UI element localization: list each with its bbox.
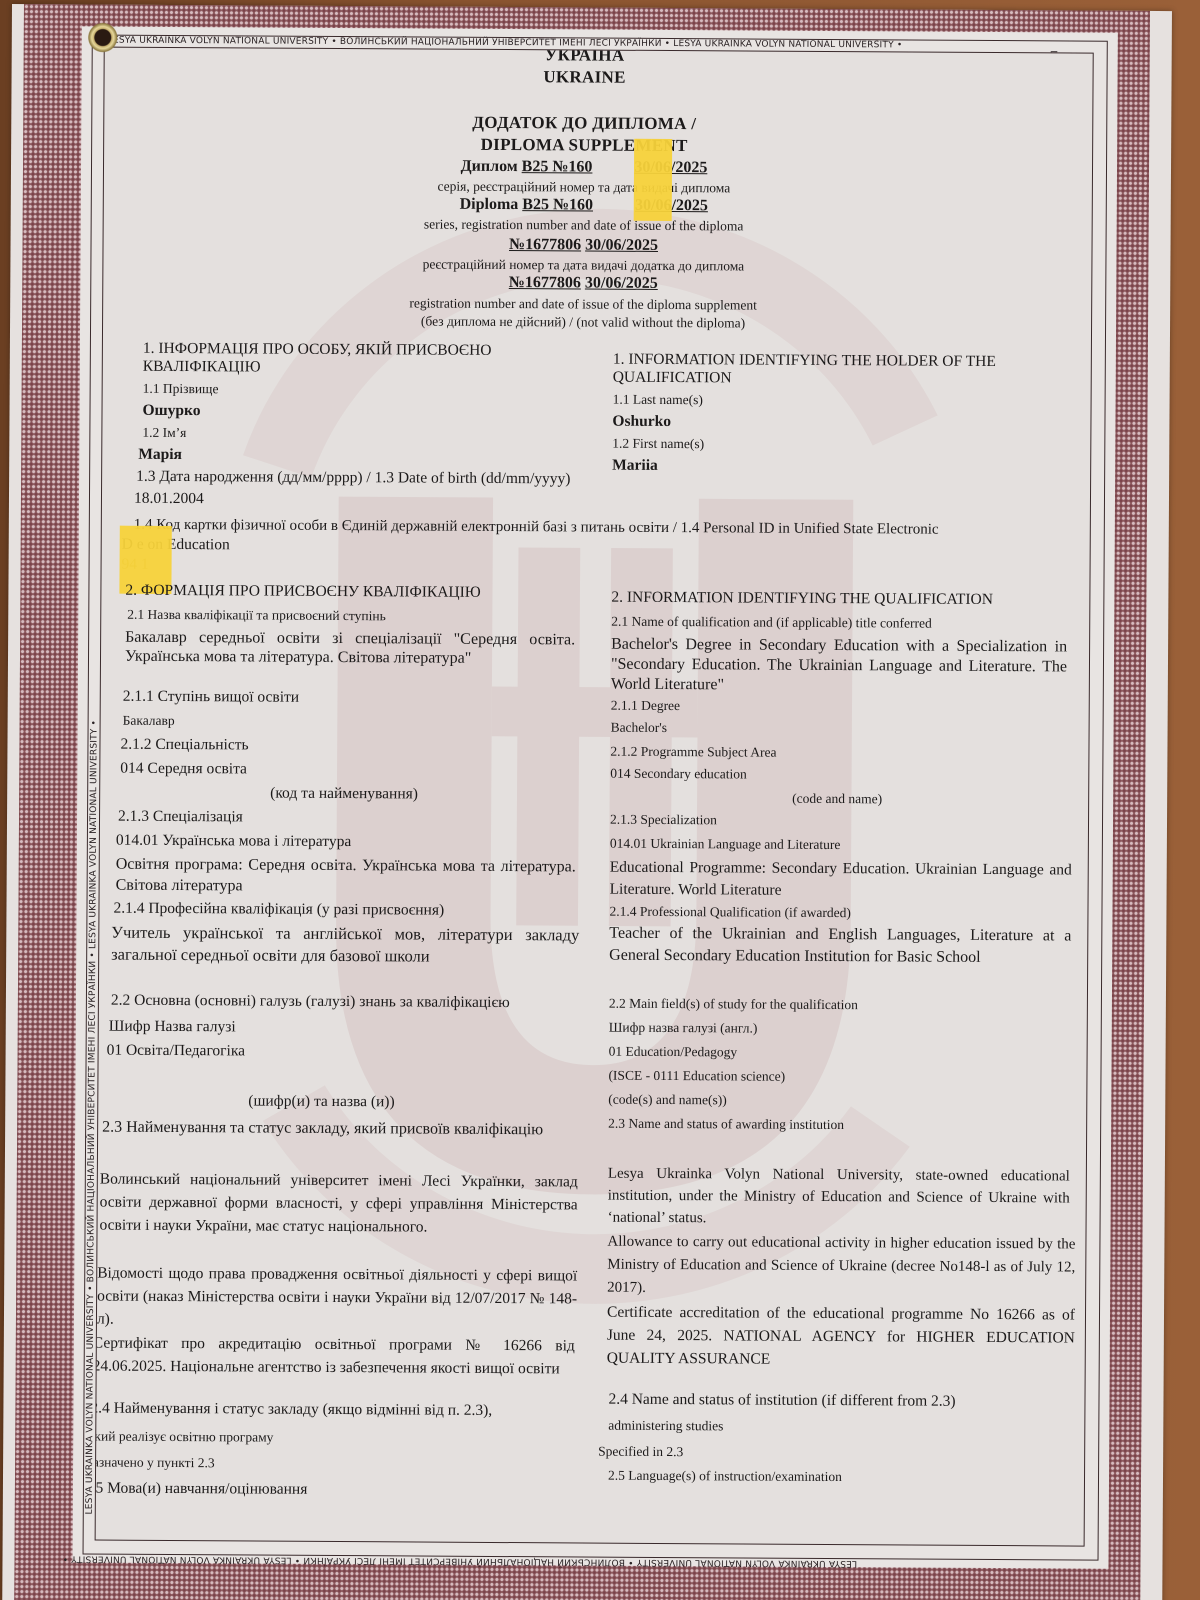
ua-q24-label-1: 2.4 Найменування і статус закладу (якщо … <box>95 1400 493 1420</box>
en-q22-label: 2.2 Main field(s) of study for the quali… <box>609 995 858 1015</box>
ua-q22-caption: (шифр(и) та назва (и)) <box>248 1092 394 1111</box>
section1-heading-ua-2: КВАЛІФІКАЦІЮ <box>143 358 261 377</box>
en-program: Educational Programme: Secondary Educati… <box>610 857 1072 904</box>
ua-q211-label: 2.1.1 Ступінь вищої освіти <box>123 688 299 707</box>
first-name-label-en: 1.2 First name(s) <box>612 435 704 454</box>
diploma-en-label: Diploma <box>460 196 519 213</box>
diploma-number: B25 №160 <box>522 158 593 175</box>
en-q24-label-1: 2.4 Name and status of institution (if d… <box>608 1391 955 1411</box>
ua-q24-value: Зазначено у пункті 2.3 <box>95 1453 215 1472</box>
en-q22-isced: (ISCE - 0111 Education science) <box>608 1067 785 1086</box>
en-q21-value: Bachelor's Degree in Secondary Education… <box>611 635 1067 698</box>
title-ua: ДОДАТОК ДО ДИПЛОМА / <box>104 112 1064 136</box>
en-q211-value: Bachelor's <box>611 719 668 737</box>
section1-heading-en-1: 1. INFORMATION IDENTIFYING THE HOLDER OF… <box>613 351 996 371</box>
ua-q22-label: 2.2 Основна (основні) галузь (галузі) зн… <box>111 992 510 1012</box>
ua-q213-value: 014.01 Українська мова і література <box>116 832 351 851</box>
ua-q22-sub: Шифр Назва галузі <box>109 1018 236 1037</box>
en-q22-caption: (code(s) and name(s)) <box>608 1091 727 1110</box>
en-q23-label: 2.3 Name and status of awarding institut… <box>608 1115 844 1134</box>
last-name-ua: Ошурко <box>142 402 200 420</box>
en-accreditation: Certificate accreditation of the educati… <box>607 1301 1075 1373</box>
en-q214-value: Teacher of the Ukrainian and English Lan… <box>609 923 1071 970</box>
grommet-eyelet-icon <box>88 22 118 52</box>
document-content: УКРАЇНА UKRAINE ДОДАТОК ДО ДИПЛОМА / DIP… <box>96 48 1093 1546</box>
first-name-ua: Марія <box>138 446 182 464</box>
ua-q214-value: Учитель української та англійської мов, … <box>111 922 579 969</box>
dob-label: 1.3 Дата народження (дд/мм/рррр) / 1.3 D… <box>136 468 570 489</box>
section1-heading-en-2: QUALIFICATION <box>613 369 732 388</box>
ua-q212-caption: (код та найменування) <box>270 785 418 804</box>
diploma-supplement-page: LESYA UKRAINKA VOLYN NATIONAL UNIVERSITY… <box>2 4 1172 1600</box>
supplement-number: №1677806 <box>509 236 581 253</box>
ua-q212-label: 2.1.2 Спеціальність <box>120 736 248 755</box>
ua-q212-value: 014 Середня освіта <box>120 760 247 779</box>
en-q25-label: 2.5 Language(s) of instruction/examinati… <box>608 1467 842 1486</box>
supplement-date: 30/06/2025 <box>585 237 658 254</box>
ua-q23-value: Волинський національний університет імен… <box>99 1168 577 1240</box>
personal-id-label: 1.4 Код картки фізичної особи в Єдиній д… <box>134 516 939 539</box>
en-q22-value: 01 Education/Pedagogy <box>609 1043 738 1062</box>
first-name-en: Mariia <box>612 457 658 475</box>
dob-value: 18.01.2004 <box>134 490 204 508</box>
en-q24-label-2: administering studies <box>608 1417 723 1436</box>
diploma-ua-label: Диплом <box>461 158 518 175</box>
en-q214-label: 2.1.4 Professional Qualification (if awa… <box>609 903 851 922</box>
en-q212-caption: (code and name) <box>792 790 882 809</box>
en-q213-label: 2.1.3 Specialization <box>610 811 717 830</box>
diploma-number-en: B25 №160 <box>522 196 593 213</box>
en-q211-label: 2.1.1 Degree <box>611 697 680 715</box>
ua-q22-value: 01 Освіта/Педагогіка <box>107 1042 246 1061</box>
last-name-en: Oshurko <box>612 413 671 431</box>
ua-q211-value: Бакалавр <box>123 712 175 730</box>
last-name-label-ua: 1.1 Прізвище <box>143 380 219 398</box>
first-name-label-ua: 1.2 Ім’я <box>142 424 186 442</box>
section2-heading-ua: 2. ФОРМАЦІЯ ПРО ПРИСВОЄНУ КВАЛІФІКАЦІЮ <box>125 582 480 602</box>
supplement-number-en: №1677806 <box>509 274 581 291</box>
ua-q25-label: 2.5 Мова(и) навчання/оцінювання <box>95 1479 308 1498</box>
last-name-label-en: 1.1 Last name(s) <box>613 391 703 410</box>
en-q21-label: 2.1 Name of qualification and (if applic… <box>611 613 932 633</box>
ua-q214-label: 2.1.4 Професійна кваліфікація (у разі пр… <box>113 900 444 920</box>
section2-heading-en: 2. INFORMATION IDENTIFYING THE QUALIFICA… <box>611 589 993 609</box>
redaction-mark-diploma <box>634 139 673 221</box>
en-q212-label: 2.1.2 Programme Subject Area <box>610 743 776 762</box>
en-q24-value: Specified in 2.3 <box>598 1443 683 1462</box>
document-body: УКРАЇНА UKRAINE ДОДАТОК ДО ДИПЛОМА / DIP… <box>95 47 1094 1547</box>
en-license: Allowance to carry out educational activ… <box>607 1231 1075 1303</box>
ua-program: Освітня програма: Середня освіта. Україн… <box>116 854 576 899</box>
ua-q21-label: 2.1 Назва кваліфікації та присвоєний сту… <box>127 606 386 626</box>
en-q212-value: 014 Secondary education <box>610 765 747 784</box>
title-en: DIPLOMA SUPPLEMENT <box>104 134 1064 158</box>
supplement-date-en: 30/06/2025 <box>585 275 658 292</box>
section1-heading-ua-1: 1. ІНФОРМАЦІЯ ПРО ОСОБУ, ЯКІЙ ПРИСВОЄНО <box>143 340 492 360</box>
ua-q24-label-2: який реалізує освітню програму <box>95 1427 274 1446</box>
en-q22-sub: Шифр назва галузі (англ.) <box>609 1019 758 1038</box>
country-en: UKRAINE <box>105 66 1065 90</box>
ua-license: Відомості щодо права провадження освітнь… <box>97 1262 577 1334</box>
ua-accreditation: Сертифікат про акредитацію освітньої про… <box>95 1332 575 1381</box>
ua-q21-value: Бакалавр середньої освіти зі спеціалізац… <box>125 628 575 669</box>
en-q213-value: 014.01 Ukrainian Language and Literature <box>610 835 841 854</box>
ua-q23-label: 2.3 Найменування та статус закладу, який… <box>102 1116 580 1143</box>
ua-q213-label: 2.1.3 Спеціалізація <box>118 808 243 827</box>
en-q23-value: Lesya Ukrainka Volyn National University… <box>608 1163 1070 1232</box>
